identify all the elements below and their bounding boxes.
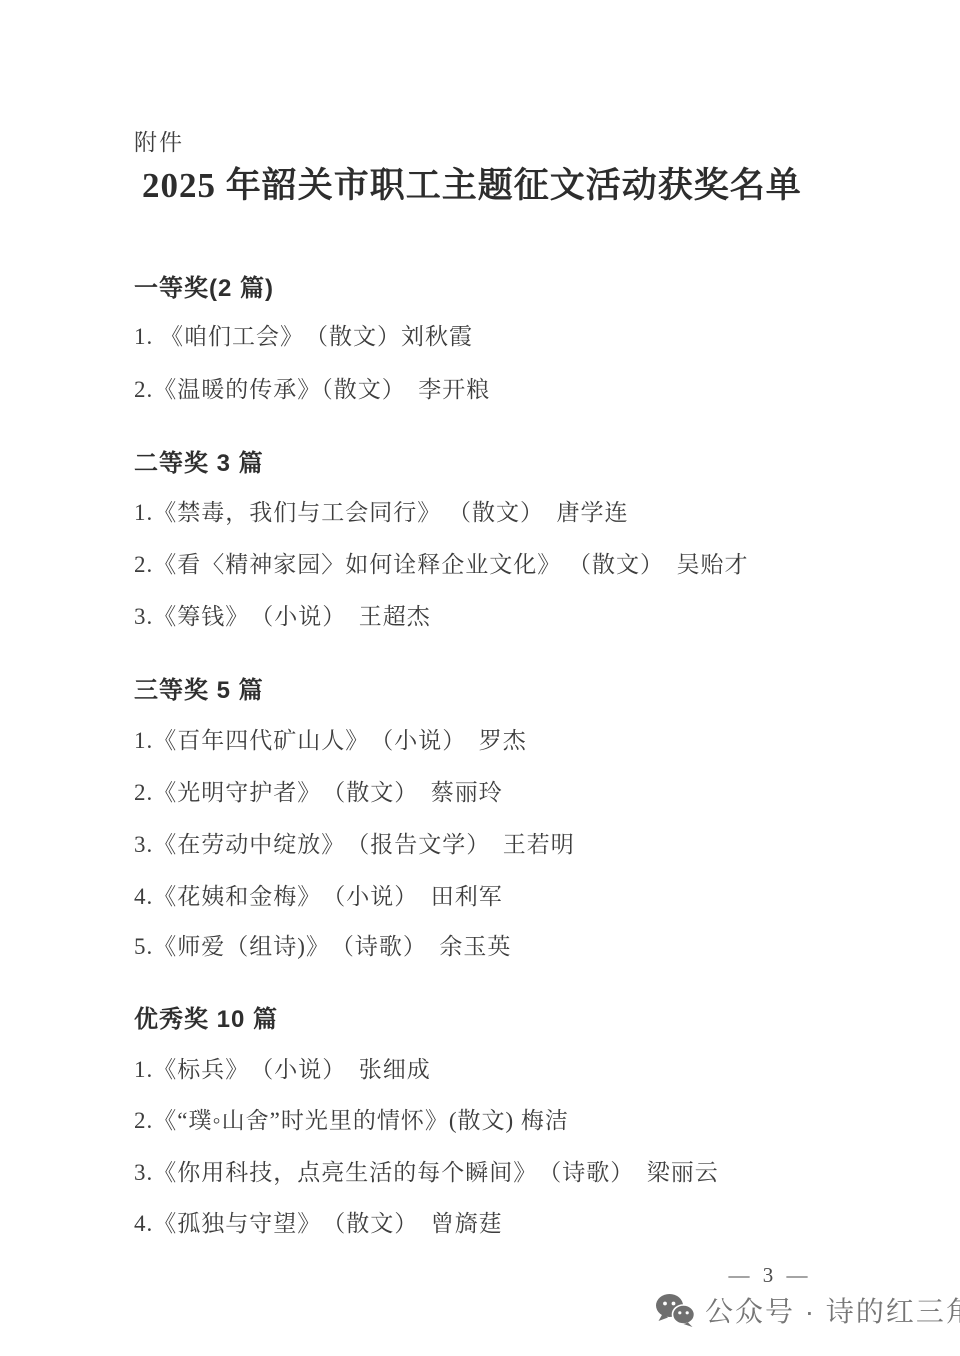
award-item: 3.《你用科技，点亮生活的每个瞬间》 （诗歌） 梁丽云 [134, 1154, 874, 1187]
award-item: 1.《禁毒，我们与工会同行》 （散文） 唐学连 [134, 494, 874, 527]
attachment-label: 附件 [134, 124, 184, 157]
award-item: 2.《“璞◦山舍”时光里的情怀》(散文) 梅洁 [134, 1102, 874, 1135]
award-item: 5.《师爱（组诗)》 （诗歌） 余玉英 [134, 928, 874, 961]
section-heading-third-prize: 三等奖 5 篇 [134, 670, 264, 705]
award-item: 1. 《咱们工会》 （散文）刘秋霞 [134, 318, 874, 351]
section-heading-excellence-prize: 优秀奖 10 篇 [134, 999, 278, 1034]
section-heading-second-prize: 二等奖 3 篇 [134, 443, 264, 478]
section-heading-first-prize: 一等奖(2 篇) [134, 268, 274, 303]
watermark-label: 公众号 · 诗的红三角 [705, 1290, 960, 1330]
award-item: 1.《百年四代矿山人》 （小说） 罗杰 [134, 722, 874, 755]
award-item: 1.《标兵》 （小说） 张细成 [134, 1051, 874, 1084]
document-page: 附件 2025 年韶关市职工主题征文活动获奖名单 一等奖(2 篇) 1. 《咱们… [0, 0, 960, 1356]
award-item: 4.《花姨和金梅》 （小说） 田利军 [134, 878, 874, 911]
award-item: 2.《看〈精神家园〉如何诠释企业文化》 （散文） 吴贻才 [134, 546, 874, 579]
award-item: 2.《光明守护者》 （散文） 蔡丽玲 [134, 774, 874, 807]
award-item: 4.《孤独与守望》 （散文） 曾旖莛 [134, 1205, 874, 1238]
award-item: 2.《温暖的传承》（散文） 李开粮 [134, 371, 874, 404]
award-item: 3.《在劳动中绽放》 （报告文学） 王若明 [134, 826, 874, 859]
watermark: 公众号 · 诗的红三角 [655, 1290, 960, 1330]
page-number: — 3 — [715, 1263, 825, 1288]
page-title: 2025 年韶关市职工主题征文活动获奖名单 [142, 158, 842, 208]
wechat-icon [655, 1293, 695, 1327]
award-item: 3.《筹钱》 （小说） 王超杰 [134, 598, 874, 631]
